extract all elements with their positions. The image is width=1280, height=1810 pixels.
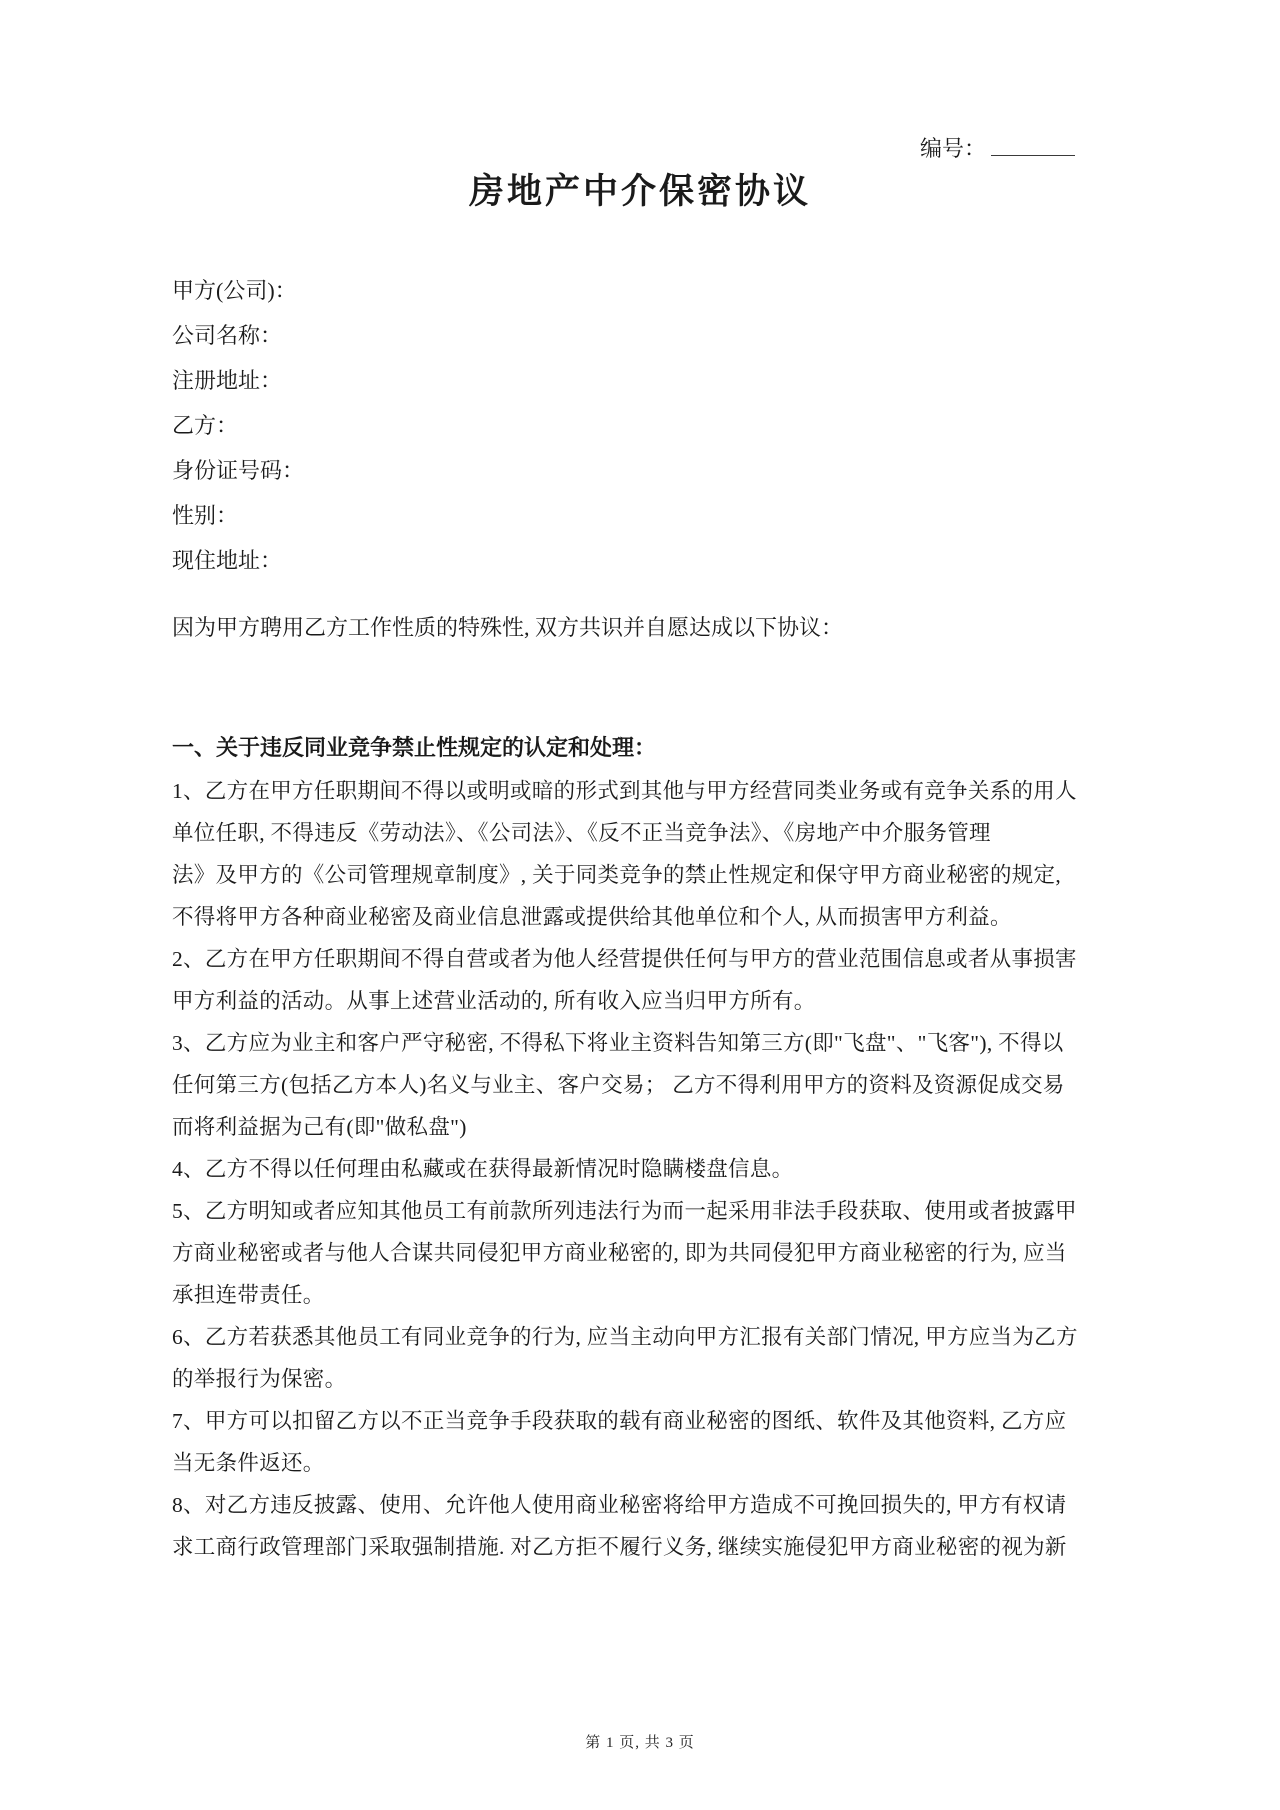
- paragraph-line: 2、乙方在甲方任职期间不得自营或者为他人经营提供任何与甲方的营业范围信息或者从事…: [172, 938, 1132, 980]
- paragraph-line: 4、乙方不得以任何理由私藏或在获得最新情况时隐瞒楼盘信息。: [172, 1148, 1132, 1190]
- paragraph-line: 3、乙方应为业主和客户严守秘密, 不得私下将业主资料告知第三方(即"飞盘"、"飞…: [172, 1022, 1132, 1064]
- paragraph-line: 任何第三方(包括乙方本人)名义与业主、客户交易； 乙方不得利用甲方的资料及资源促…: [172, 1064, 1132, 1106]
- doc-number: 编号：: [920, 131, 1075, 164]
- field-label-gender: 性别：: [172, 493, 304, 538]
- page-footer: 第 1 页, 共 3 页: [0, 1731, 1280, 1752]
- doc-number-label: 编号：: [920, 136, 986, 161]
- agreement-body: 1、乙方在甲方任职期间不得以或明或暗的形式到其他与甲方经营同类业务或有竞争关系的…: [172, 770, 1132, 1568]
- paragraph-line: 法》及甲方的《公司管理规章制度》, 关于同类竞争的禁止性规定和保守甲方商业秘密的…: [172, 854, 1132, 896]
- field-label-current-address: 现住地址：: [172, 538, 304, 583]
- field-label-party-a-company: 甲方(公司)：: [172, 268, 304, 313]
- paragraph-line: 不得将甲方各种商业秘密及商业信息泄露或提供给其他单位和个人, 从而损害甲方利益。: [172, 896, 1132, 938]
- doc-number-blank: [991, 131, 1075, 156]
- paragraph-line: 8、对乙方违反披露、使用、允许他人使用商业秘密将给甲方造成不可挽回损失的, 甲方…: [172, 1484, 1132, 1526]
- paragraph-line: 甲方利益的活动。从事上述营业活动的, 所有收入应当归甲方所有。: [172, 980, 1132, 1022]
- paragraph-line: 方商业秘密或者与他人合谋共同侵犯甲方商业秘密的, 即为共同侵犯甲方商业秘密的行为…: [172, 1232, 1132, 1274]
- section-heading: 一、关于违反同业竞争禁止性规定的认定和处理：: [172, 732, 656, 764]
- paragraph-line: 7、甲方可以扣留乙方以不正当竞争手段获取的载有商业秘密的图纸、软件及其他资料, …: [172, 1400, 1132, 1442]
- field-label-company-name: 公司名称：: [172, 313, 304, 358]
- paragraph-line: 单位任职, 不得违反《劳动法》、《公司法》、《反不正当竞争法》、《房地产中介服务…: [172, 812, 1132, 854]
- field-label-party-b: 乙方：: [172, 403, 304, 448]
- paragraph-line: 而将利益据为己有(即"做私盘"): [172, 1106, 1132, 1148]
- document-page: 编号： 房地产中介保密协议 甲方(公司)： 公司名称： 注册地址： 乙方： 身份…: [0, 0, 1280, 1810]
- paragraph-line: 5、乙方明知或者应知其他员工有前款所列违法行为而一起采用非法手段获取、使用或者披…: [172, 1190, 1132, 1232]
- paragraph-line: 1、乙方在甲方任职期间不得以或明或暗的形式到其他与甲方经营同类业务或有竞争关系的…: [172, 770, 1132, 812]
- intro-text: 因为甲方聘用乙方工作性质的特殊性, 双方共识并自愿达成以下协议：: [172, 612, 843, 644]
- paragraph-line: 求工商行政管理部门采取强制措施. 对乙方拒不履行义务, 继续实施侵犯甲方商业秘密…: [172, 1526, 1132, 1568]
- paragraph-line: 的举报行为保密。: [172, 1358, 1132, 1400]
- page-title: 房地产中介保密协议: [0, 168, 1280, 216]
- party-fields: 甲方(公司)： 公司名称： 注册地址： 乙方： 身份证号码： 性别： 现住地址：: [172, 268, 304, 583]
- paragraph-line: 6、乙方若获悉其他员工有同业竞争的行为, 应当主动向甲方汇报有关部门情况, 甲方…: [172, 1316, 1132, 1358]
- paragraph-line: 当无条件返还。: [172, 1442, 1132, 1484]
- paragraph-line: 承担连带责任。: [172, 1274, 1132, 1316]
- field-label-id-number: 身份证号码：: [172, 448, 304, 493]
- field-label-registered-address: 注册地址：: [172, 358, 304, 403]
